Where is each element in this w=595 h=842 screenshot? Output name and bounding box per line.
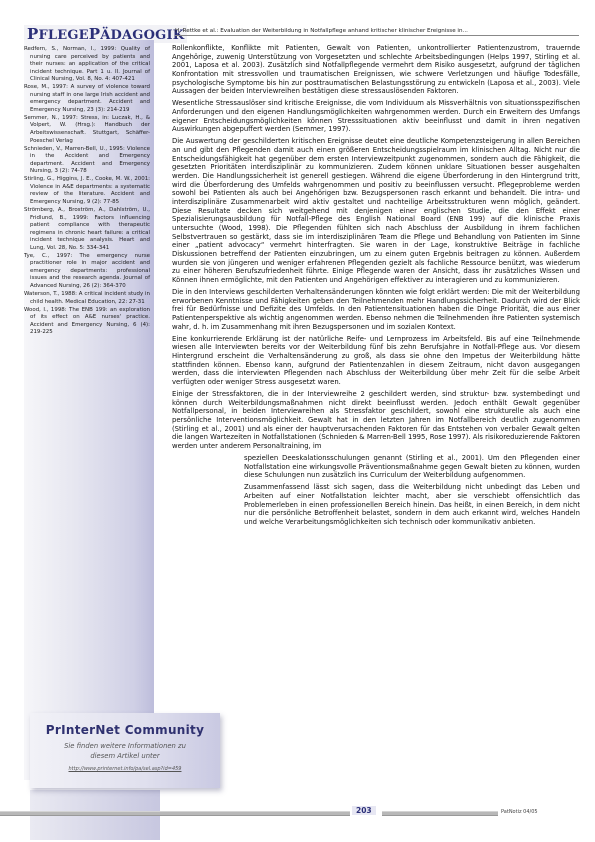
community-title: PrInterNet Community [30,723,220,737]
body-paragraph: Die Auswertung der geschilderten kritisc… [172,137,580,284]
body-paragraph: Wesentliche Stressauslöser sind kritisch… [172,99,580,134]
page-number: 203 [352,806,376,815]
page-header: PFLEGEPÄDAGOGIK H. Rettke et al.: Evalua… [0,0,595,40]
reference-item: Tye, C., 1997: The emergency nurse pract… [24,253,150,291]
reference-item: Wood, I., 1998: The ENB 199: an explorat… [24,307,150,337]
reference-item: Stirling, G., Higgins, J. E., Cooke, M. … [24,176,150,206]
reference-item: Rose, M., 1997: A survey of violence tow… [24,84,150,114]
footer-rule-left [0,811,350,816]
body-paragraph: Zusammenfassend lässt sich sagen, dass d… [244,483,580,526]
body-paragraph: Die in den Interviews geschilderten Verh… [172,288,580,331]
community-link[interactable]: http://www.printernet.info/pa/sel.asp?id… [30,766,220,772]
body-paragraph: Eine konkurrierende Erklärung ist der na… [172,335,580,387]
body-paragraph: speziellen Deeskalationsschulungen genan… [244,454,580,480]
body-paragraph: Einige der Stressfaktoren, die in der In… [172,390,580,451]
article-body: Rollenkonflikte, Konflikte mit Patienten… [172,44,580,530]
reference-item: Strömberg, A., Broström, A., Dahlström, … [24,207,150,252]
reference-item: Waterson, T., 1988: A critical incident … [24,291,150,306]
running-head: H. Rettke et al.: Evaluation der Weiterb… [175,28,579,36]
body-paragraph: Rollenkonflikte, Konflikte mit Patienten… [172,44,580,96]
reference-item: Semmer, N., 1997: Stress, in: Luczak, H.… [24,115,150,145]
journal-reference: PatNotiz 04/05 [501,809,538,815]
community-subtitle: Sie finden weitere Informationen zu dies… [30,741,220,761]
community-box: PrInterNet Community Sie finden weitere … [30,713,220,788]
reference-list: Redfern, S., Norman, I., 1999: Quality o… [24,46,150,337]
reference-item: Redfern, S., Norman, I., 1999: Quality o… [24,46,150,84]
reference-item: Schnieden, V., Marren-Bell, U., 1995: Vi… [24,146,150,176]
footer-rule-right [382,811,498,816]
